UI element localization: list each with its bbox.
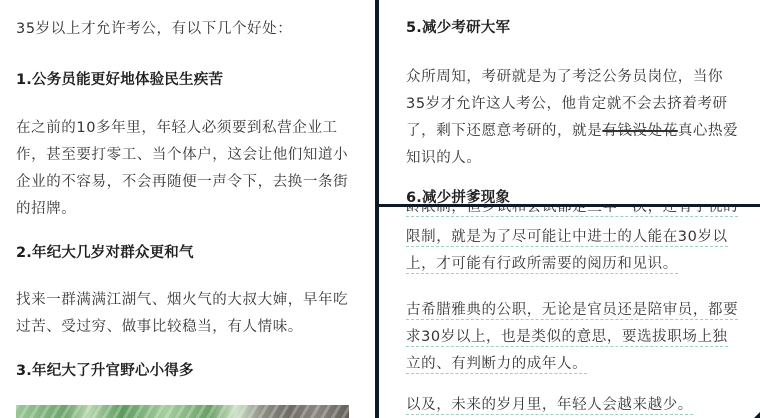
line-3-prefix: 了，剩下还愿意考研的，就是 xyxy=(406,123,602,139)
section-5-line-3: 了，剩下还愿意考研的，就是有钱没处花真心热爱 xyxy=(406,118,738,144)
para-2-line-2: 求30岁以上，也是类似的意思，要选拔职场上独 xyxy=(406,324,728,350)
para-2-line-1: 古希腊雅典的公职，无论是官员还是陪审员，都要 xyxy=(406,297,738,323)
right-bottom-article-panel: 龄限制，但乡试和会试都是三年一次，还有丁忧的 限制，就是为了尽可能让中进士的人能… xyxy=(379,207,760,418)
section-1-line-2: 作，甚至要打零工、当个体户，这会让他们知道小 xyxy=(16,142,348,168)
line-3-suffix: 真心热爱 xyxy=(678,123,738,139)
section-5-line-2: 35岁才允许这人考公，他肯定就不会去挤着考研 xyxy=(406,91,728,117)
section-2-heading: 2.年纪大几岁对群众更和气 xyxy=(16,241,194,262)
intro-text: 35岁以上才允许考公，有以下几个好处： xyxy=(16,16,292,42)
section-5-line-1: 众所周知，考研就是为了考泛公务员岗位，当你 xyxy=(406,64,723,90)
para-1-line-1: 限制，就是为了尽可能让中进士的人能在30岁以 xyxy=(406,224,728,250)
para-1-line-2: 上，才可能有行政所需要的阅历和见识。 xyxy=(406,251,678,277)
strikethrough-text: 有钱没处花 xyxy=(602,123,678,139)
corner-mark xyxy=(754,412,760,418)
section-2-line-1: 找来一群满满江湖气、烟火气的大叔大婶，早年吃 xyxy=(16,287,348,313)
cut-off-line: 龄限制，但乡试和会试都是三年一次，还有丁忧的 xyxy=(406,207,738,220)
section-1-heading: 1.公务员能更好地体验民生疾苦 xyxy=(16,68,223,89)
para-2-line-3: 立的、有判断力的成年人。 xyxy=(406,351,587,377)
section-6-heading: 6.减少拼爹现象 xyxy=(406,186,510,204)
left-article-panel: 35岁以上才允许考公，有以下几个好处： 1.公务员能更好地体验民生疾苦 在之前的… xyxy=(0,0,375,418)
section-1-line-1: 在之前的10多年里，年轻人必须要到私营企业工 xyxy=(16,115,338,141)
section-5-heading: 5.减少考研大军 xyxy=(406,16,510,37)
section-2-line-2: 过苦、受过穷、做事比较稳当，有人情味。 xyxy=(16,314,303,340)
section-1-line-3: 企业的不容易，不会再随便一声令下，去换一条街 xyxy=(16,169,348,195)
right-top-article-panel: 5.减少考研大军 众所周知，考研就是为了考泛公务员岗位，当你 35岁才允许这人考… xyxy=(379,0,760,204)
section-5-line-4: 知识的人。 xyxy=(406,145,482,171)
section-3-heading: 3.年纪大了升官野心小得多 xyxy=(16,359,194,380)
article-image xyxy=(16,405,349,418)
section-1-line-4: 的招牌。 xyxy=(16,196,76,222)
para-3-line-1: 以及，未来的岁月里，年轻人会越来越少。 xyxy=(406,392,693,418)
